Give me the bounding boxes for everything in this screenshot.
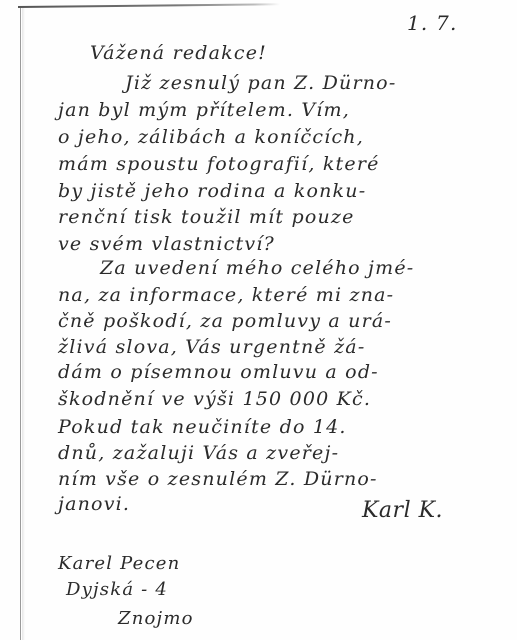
body-line: jan byl mým přítelem. Vím, bbox=[58, 101, 350, 120]
body-line: renční tisk toužil mít pouze bbox=[58, 208, 355, 227]
paper-top-edge bbox=[18, 3, 280, 8]
body-line: Za uvedení mého celého jmé- bbox=[100, 259, 414, 278]
sender-city: Znojmo bbox=[118, 610, 194, 628]
paper-left-edge bbox=[20, 8, 21, 640]
body-line: škodnění ve výši 150 000 Kč. bbox=[58, 390, 371, 409]
body-line: mám spoustu fotografií, které bbox=[58, 155, 380, 174]
body-line: žlivá slova, Vás urgentně žá- bbox=[58, 338, 365, 357]
paper-left-shadow bbox=[22, 8, 25, 640]
body-line: Pokud tak neučiníte do 14. bbox=[58, 418, 347, 437]
body-line: dám o písemnou omluvu a od- bbox=[58, 363, 379, 382]
body-line: čně poškodí, za pomluvy a urá- bbox=[58, 312, 392, 331]
sender-name: Karel Pecen bbox=[58, 555, 180, 573]
body-line: Již zesnulý pan Z. Dürno- bbox=[125, 74, 396, 93]
body-line: janovi. bbox=[58, 495, 130, 514]
body-line: by jistě jeho rodina a konku- bbox=[58, 182, 366, 201]
body-line: dnů, zažaluji Vás a zveřej- bbox=[58, 444, 339, 463]
body-line: o jeho, zálibách a koníčcích, bbox=[58, 128, 364, 147]
letter-salutation: Vážená redakce! bbox=[90, 44, 267, 63]
body-line: ve svém vlastnictví? bbox=[58, 235, 275, 254]
body-line: ním vše o zesnulém Z. Dürno- bbox=[58, 470, 378, 489]
letter-date: 1. 7. bbox=[407, 13, 458, 33]
sender-street: Dyjská - 4 bbox=[66, 581, 168, 599]
signature: Karl K. bbox=[362, 500, 443, 522]
body-line: na, za informace, které mi zna- bbox=[58, 286, 394, 305]
letter-page: 1. 7. Vážená redakce! Již zesnulý pan Z.… bbox=[0, 0, 517, 640]
